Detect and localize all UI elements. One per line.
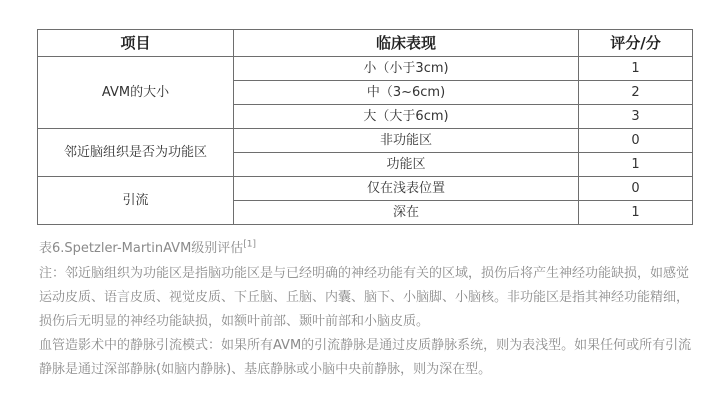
manifestation-cell: 中（3~6cm): [234, 81, 579, 105]
header-item: 项目: [38, 30, 234, 57]
manifestation-cell: 深在: [234, 201, 579, 225]
header-score: 评分/分: [579, 30, 693, 57]
table-row: 引流 仅在浅表位置 0: [38, 177, 693, 201]
score-cell: 2: [579, 81, 693, 105]
citation-reference[interactable]: [1]: [243, 240, 256, 250]
item-cell-avm-size: AVM的大小: [38, 57, 234, 129]
manifestation-cell: 功能区: [234, 153, 579, 177]
score-cell: 0: [579, 129, 693, 153]
item-cell-eloquent-area: 邻近脑组织是否为功能区: [38, 129, 234, 177]
table-caption: 表6.Spetzler-MartinAVM级别评估[1]: [39, 237, 256, 256]
manifestation-cell: 小（小于3cm): [234, 57, 579, 81]
table-row: 邻近脑组织是否为功能区 非功能区 0: [38, 129, 693, 153]
table-row: AVM的大小 小（小于3cm) 1: [38, 57, 693, 81]
score-cell: 0: [579, 177, 693, 201]
header-manifestation: 临床表现: [234, 30, 579, 57]
manifestation-cell: 非功能区: [234, 129, 579, 153]
score-cell: 3: [579, 105, 693, 129]
manifestation-cell: 大（大于6cm): [234, 105, 579, 129]
score-cell: 1: [579, 153, 693, 177]
item-cell-drainage: 引流: [38, 177, 234, 225]
note-venous-drainage: 血管造影术中的静脉引流模式：如果所有AVM的引流静脉是通过皮质静脉系统，则为表浅…: [39, 334, 699, 382]
table-notes: 注：邻近脑组织为功能区是指脑功能区是与已经明确的神经功能有关的区域，损伤后将产生…: [39, 262, 699, 382]
caption-text: 表6.Spetzler-MartinAVM级别评估: [39, 241, 243, 256]
note-eloquent-area: 注：邻近脑组织为功能区是指脑功能区是与已经明确的神经功能有关的区域，损伤后将产生…: [39, 262, 699, 334]
table-header-row: 项目 临床表现 评分/分: [38, 30, 693, 57]
spetzler-martin-grading-table: 项目 临床表现 评分/分 AVM的大小 小（小于3cm) 1 中（3~6cm) …: [37, 29, 693, 225]
score-cell: 1: [579, 57, 693, 81]
manifestation-cell: 仅在浅表位置: [234, 177, 579, 201]
score-cell: 1: [579, 201, 693, 225]
